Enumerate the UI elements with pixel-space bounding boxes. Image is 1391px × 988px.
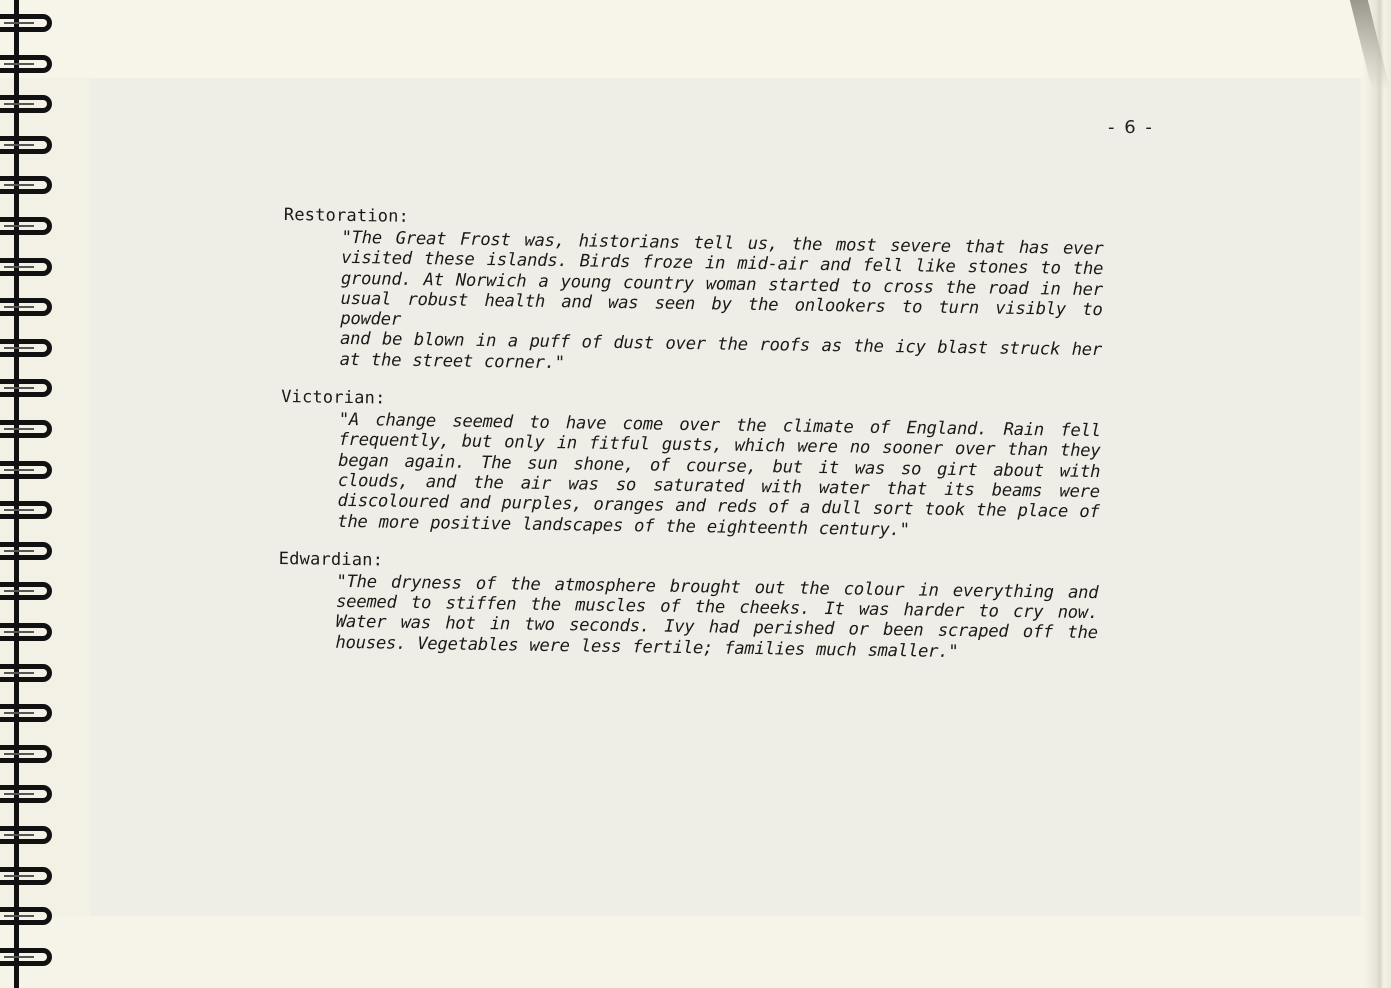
binding-coil	[0, 907, 52, 925]
binding-coil	[0, 704, 52, 722]
page-number: - 6 -	[1108, 117, 1154, 138]
page-right-edge	[1363, 0, 1391, 988]
binding-coil	[0, 136, 52, 154]
binding-coil	[0, 867, 52, 885]
quote-paragraph: "The Great Frost was, historians tell us…	[340, 228, 1104, 381]
section-restoration: Restoration: "The Great Frost was, histo…	[282, 205, 1104, 381]
binding-coil	[0, 623, 52, 641]
binding-coil	[0, 461, 52, 479]
spiral-binding-icon	[0, 0, 60, 988]
binding-coil	[0, 379, 52, 397]
section-edwardian: Edwardian: "The dryness of the atmospher…	[277, 549, 1098, 664]
binding-coil	[0, 339, 52, 357]
binding-coil	[0, 501, 52, 519]
page-bottom-margin	[0, 916, 1391, 988]
quote-paragraph: "The dryness of the atmosphere brought o…	[335, 572, 1098, 664]
quote-paragraph: "A change seemed to have come over the c…	[337, 410, 1101, 543]
binding-coil	[0, 258, 52, 276]
binding-coil	[0, 298, 52, 316]
section-victorian: Victorian: "A change seemed to have come…	[279, 387, 1101, 543]
binding-coil	[0, 542, 52, 560]
binding-coil	[0, 664, 52, 682]
binding-coil	[0, 14, 52, 32]
binding-coil	[0, 217, 52, 235]
page-top-margin	[0, 0, 1391, 78]
document-body: Restoration: "The Great Frost was, histo…	[277, 205, 1104, 682]
binding-coil	[0, 948, 52, 966]
binding-coil	[0, 176, 52, 194]
binding-coil	[0, 745, 52, 763]
binding-coil	[0, 95, 52, 113]
binding-coil	[0, 785, 52, 803]
binding-coil	[0, 582, 52, 600]
binding-coil	[0, 55, 52, 73]
binding-coil	[0, 420, 52, 438]
binding-coil	[0, 826, 52, 844]
